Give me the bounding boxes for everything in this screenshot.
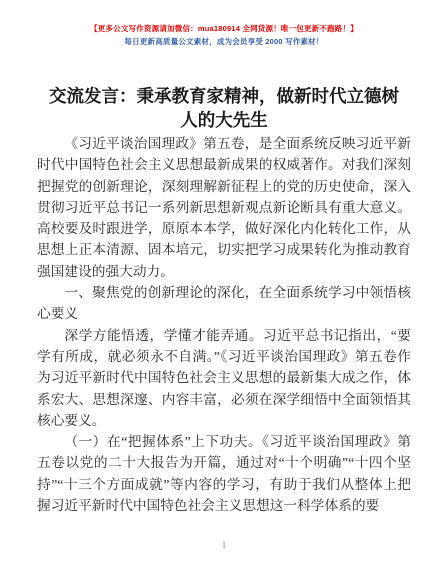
- body-paragraph: （一）在“把握体系”上下功夫。《习近平谈治国理政》第五卷以党的二十大报告为开篇，…: [37, 431, 411, 516]
- page-number: 1: [222, 540, 227, 550]
- header-ad-line-blue: 每日更新高质量公文素材，成为会员享受 2000 写作素材！: [0, 35, 448, 48]
- document-page: 【更多公文写作资源请加微信：mua180914 全网货源！唯一包更新不跑路！】 …: [0, 0, 448, 580]
- section-heading-paragraph: 一、聚焦党的创新理论的深化，在全面系统学习中领悟核心要义: [37, 282, 411, 325]
- header-ad: 【更多公文写作资源请加微信：mua180914 全网货源！唯一包更新不跑路！】 …: [0, 22, 448, 48]
- body-paragraph: 《习近平谈治国理政》第五卷，是全面系统反映习近平新时代中国特色社会主义思想最新成…: [37, 133, 411, 282]
- document-title: 交流发言：秉承教育家精神，做新时代立德树人的大先生: [46, 84, 402, 132]
- header-ad-line-red: 【更多公文写作资源请加微信：mua180914 全网货源！唯一包更新不跑路！】: [0, 22, 448, 35]
- document-body: 《习近平谈治国理政》第五卷，是全面系统反映习近平新时代中国特色社会主义思想最新成…: [37, 133, 411, 516]
- page-footer: 1: [0, 540, 448, 550]
- body-paragraph: 深学方能悟透，学懂才能弄通。习近平总书记指出，“要学有所成，就必须永不自满。”《…: [37, 325, 411, 431]
